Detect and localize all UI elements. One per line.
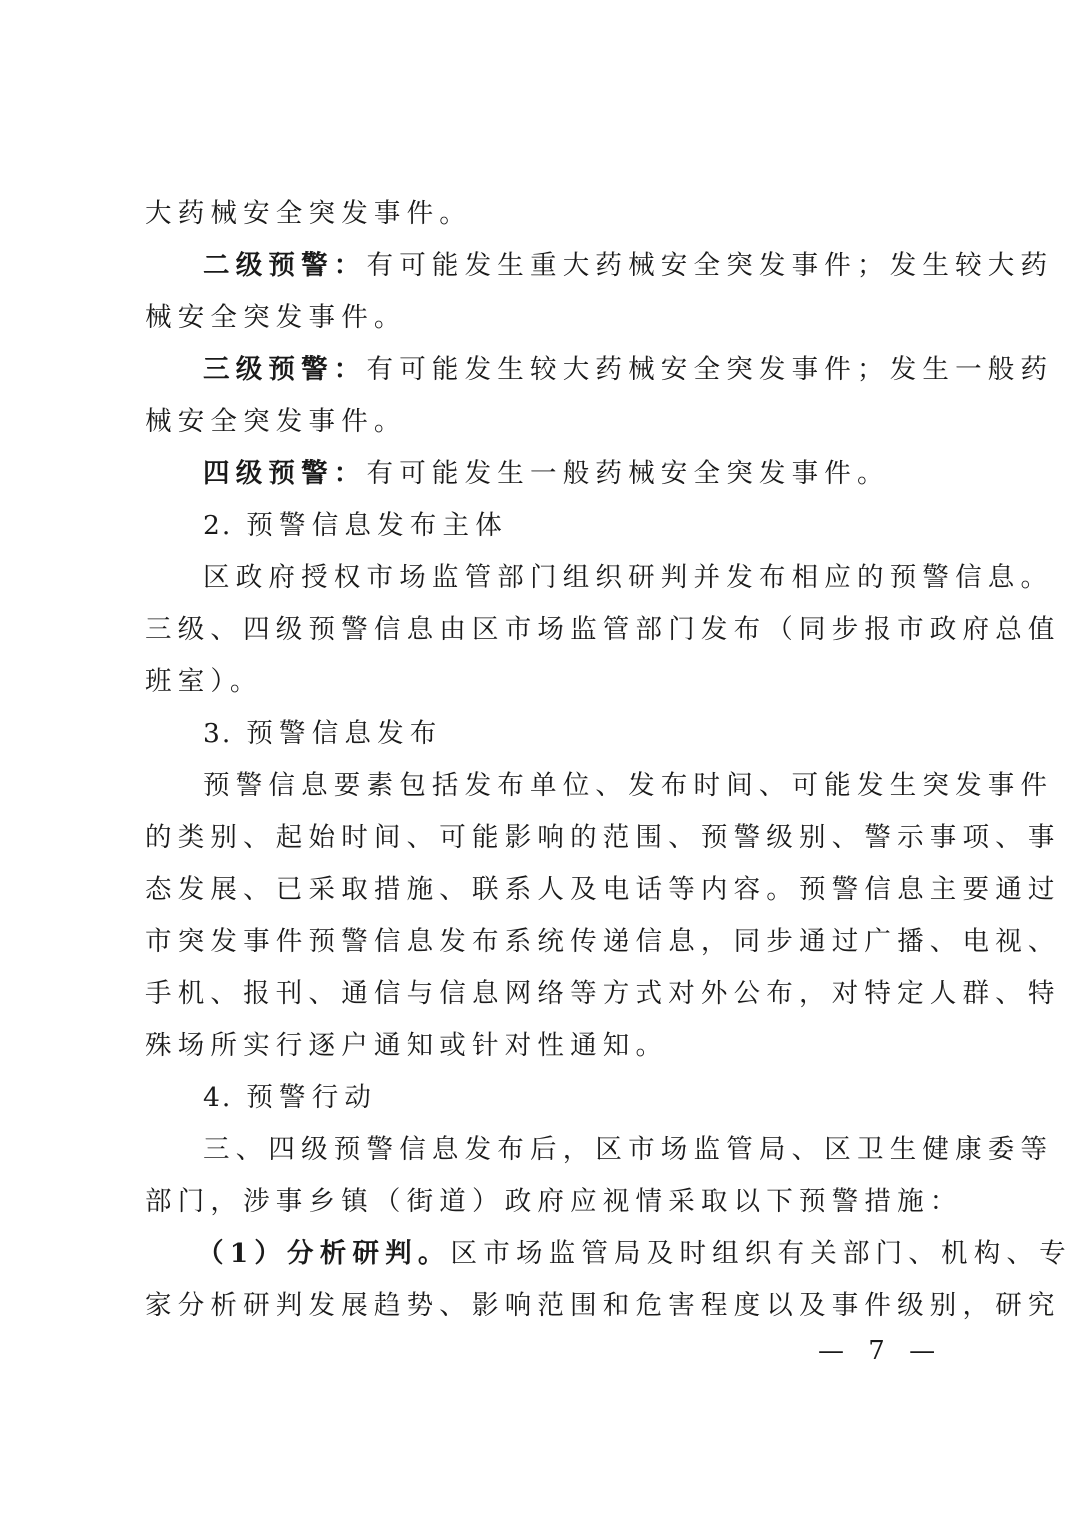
body-text: 的类别、起始时间、可能影响的范围、预警级别、警示事项、事	[145, 822, 1061, 853]
paragraph-line: 械安全突发事件。	[145, 396, 945, 448]
body-text: 殊场所实行逐户通知或针对性通知。	[145, 1030, 668, 1061]
section-heading-3: 3.预警信息发布	[145, 708, 945, 760]
paragraph-line: 班室）。	[145, 656, 945, 708]
warning-level-label: 四级预警：	[203, 458, 367, 489]
list-item-label: （1）分析研判。	[197, 1238, 451, 1269]
paragraph-line: 区政府授权市场监管部门组织研判并发布相应的预警信息。	[145, 552, 945, 604]
body-text: 家分析研判发展趋势、影响范围和危害程度以及事件级别，研究	[145, 1290, 1061, 1321]
paragraph-line: 手机、报刊、通信与信息网络等方式对外公布，对特定人群、特	[145, 968, 945, 1020]
body-text: 区市场监管局及时组织有关部门、机构、专	[451, 1238, 1072, 1269]
paragraph-line: 的类别、起始时间、可能影响的范围、预警级别、警示事项、事	[145, 812, 945, 864]
body-text: 大药械安全突发事件。	[145, 198, 472, 229]
paragraph-line: 市突发事件预警信息发布系统传递信息，同步通过广播、电视、	[145, 916, 945, 968]
paragraph-line: 械安全突发事件。	[145, 292, 945, 344]
body-text: 三、四级预警信息发布后，区市场监管局、区卫生健康委等	[203, 1134, 1053, 1165]
body-text: 三级、四级预警信息由区市场监管部门发布（同步报市政府总值	[145, 614, 1061, 645]
body-text: 有可能发生重大药械安全突发事件；发生较大药	[367, 250, 1054, 281]
warning-level-2: 二级预警：有可能发生重大药械安全突发事件；发生较大药	[145, 240, 945, 292]
warning-level-label: 二级预警：	[203, 250, 367, 281]
list-item-1: （1）分析研判。区市场监管局及时组织有关部门、机构、专	[145, 1228, 945, 1280]
body-text: 班室）。	[145, 666, 263, 697]
body-text: 手机、报刊、通信与信息网络等方式对外公布，对特定人群、特	[145, 978, 1061, 1009]
warning-level-4: 四级预警：有可能发生一般药械安全突发事件。	[145, 448, 945, 500]
section-heading-4: 4.预警行动	[145, 1072, 945, 1124]
section-title: 预警行动	[246, 1082, 377, 1113]
paragraph-line: 家分析研判发展趋势、影响范围和危害程度以及事件级别，研究	[145, 1280, 945, 1332]
section-number: 4.	[203, 1082, 232, 1113]
paragraph-line: 三、四级预警信息发布后，区市场监管局、区卫生健康委等	[145, 1124, 945, 1176]
body-text: 区政府授权市场监管部门组织研判并发布相应的预警信息。	[203, 562, 1053, 593]
page-number: — 7 —	[818, 1336, 943, 1366]
body-text: 有可能发生较大药械安全突发事件；发生一般药	[367, 354, 1054, 385]
body-text: 械安全突发事件。	[145, 302, 407, 333]
paragraph-line: 殊场所实行逐户通知或针对性通知。	[145, 1020, 945, 1072]
section-title: 预警信息发布	[246, 718, 442, 749]
body-text: 预警信息要素包括发布单位、发布时间、可能发生突发事件	[203, 770, 1053, 801]
section-title: 预警信息发布主体	[246, 510, 508, 541]
body-text: 有可能发生一般药械安全突发事件。	[367, 458, 890, 489]
section-number: 2.	[203, 510, 232, 541]
document-page: 大药械安全突发事件。 二级预警：有可能发生重大药械安全突发事件；发生较大药 械安…	[145, 188, 945, 1332]
body-text: 部门，涉事乡镇（街道）政府应视情采取以下预警措施：	[145, 1186, 963, 1217]
body-text: 械安全突发事件。	[145, 406, 407, 437]
body-text: 态发展、已采取措施、联系人及电话等内容。预警信息主要通过	[145, 874, 1061, 905]
section-heading-2: 2.预警信息发布主体	[145, 500, 945, 552]
warning-level-label: 三级预警：	[203, 354, 367, 385]
paragraph-line: 态发展、已采取措施、联系人及电话等内容。预警信息主要通过	[145, 864, 945, 916]
body-text: 市突发事件预警信息发布系统传递信息，同步通过广播、电视、	[145, 926, 1061, 957]
paragraph-line: 预警信息要素包括发布单位、发布时间、可能发生突发事件	[145, 760, 945, 812]
paragraph-line: 三级、四级预警信息由区市场监管部门发布（同步报市政府总值	[145, 604, 945, 656]
paragraph-line: 部门，涉事乡镇（街道）政府应视情采取以下预警措施：	[145, 1176, 945, 1228]
section-number: 3.	[203, 718, 232, 749]
paragraph-line: 大药械安全突发事件。	[145, 188, 945, 240]
warning-level-3: 三级预警：有可能发生较大药械安全突发事件；发生一般药	[145, 344, 945, 396]
